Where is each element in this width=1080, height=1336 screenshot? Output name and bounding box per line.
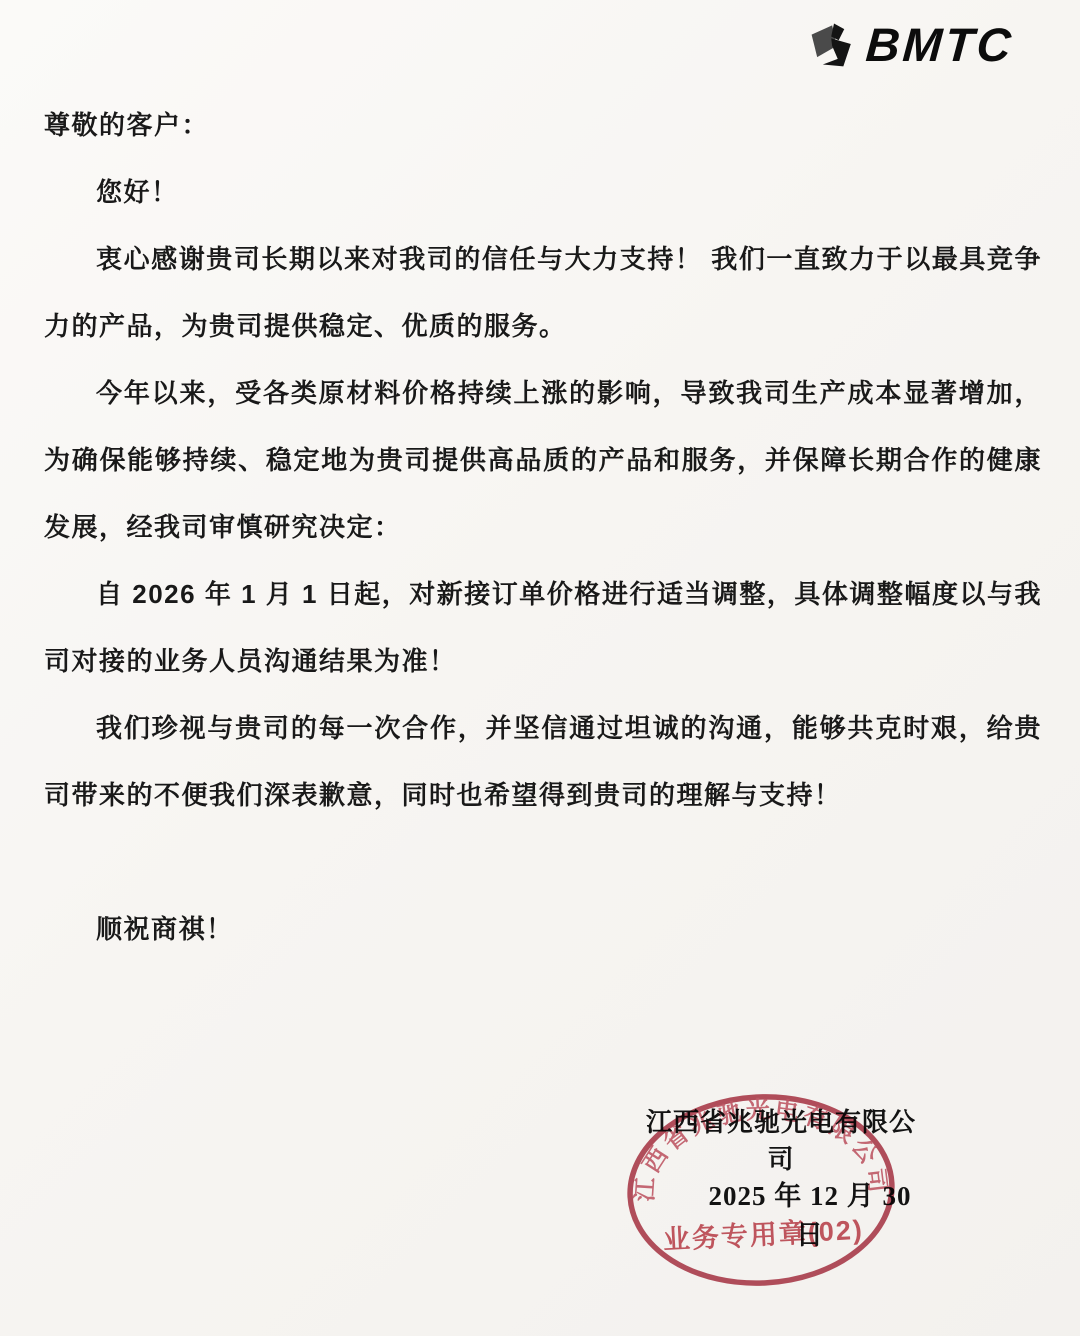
paragraph-3: 自 2026 年 1 月 1 日起，对新接订单价格进行适当调整，具体调整幅度以与… — [44, 561, 1042, 695]
paragraph-1: 衷心感谢贵司长期以来对我司的信任与大力支持！ 我们一直致力于以最具竞争力的产品，… — [44, 226, 1042, 360]
letter-body: 尊敬的客户： 您好！ 衷心感谢贵司长期以来对我司的信任与大力支持！ 我们一直致力… — [44, 92, 1042, 963]
greeting: 您好！ — [44, 159, 1042, 226]
company-logo: BMTC — [806, 16, 1014, 72]
salutation: 尊敬的客户： — [44, 92, 1042, 159]
paragraph-4: 我们珍视与贵司的每一次合作，并坚信通过坦诚的沟通，能够共克时艰，给贵司带来的不便… — [44, 695, 1042, 829]
paragraph-2: 今年以来，受各类原材料价格持续上涨的影响，导致我司生产成本显著增加，为确保能够持… — [44, 360, 1042, 561]
signature-date: 2025 年 12 月 30 日 — [700, 1174, 920, 1252]
signature-company-name: 江西省兆驰光电有限公司 — [636, 1102, 926, 1176]
letter-page: BMTC 尊敬的客户： 您好！ 衷心感谢贵司长期以来对我司的信任与大力支持！ 我… — [0, 0, 1080, 1336]
logo-text: BMTC — [864, 17, 1016, 72]
closing-phrase: 顺祝商祺！ — [44, 896, 1042, 963]
bmtc-mark-icon — [806, 16, 862, 72]
